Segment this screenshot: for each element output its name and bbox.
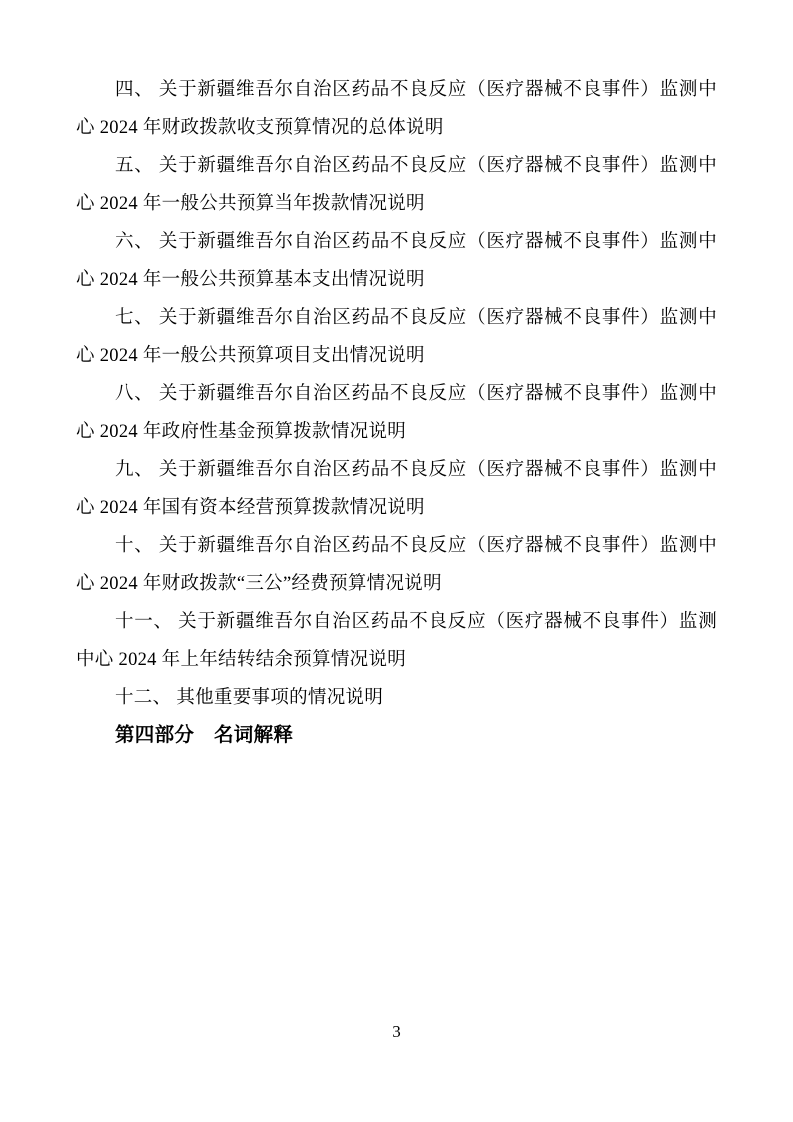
toc-item-5: 五、 关于新疆维吾尔自治区药品不良反应（医疗器械不良事件）监测中心 2024 年… xyxy=(76,147,717,223)
section-heading-part4: 第四部分 名词解释 xyxy=(76,717,717,755)
toc-content: 四、 关于新疆维吾尔自治区药品不良反应（医疗器械不良事件）监测中心 2024 年… xyxy=(76,71,717,755)
toc-item-10: 十、 关于新疆维吾尔自治区药品不良反应（医疗器械不良事件）监测中心 2024 年… xyxy=(76,527,717,603)
toc-item-9: 九、 关于新疆维吾尔自治区药品不良反应（医疗器械不良事件）监测中心 2024 年… xyxy=(76,451,717,527)
page-number: 3 xyxy=(0,1021,793,1043)
document-page: 四、 关于新疆维吾尔自治区药品不良反应（医疗器械不良事件）监测中心 2024 年… xyxy=(0,0,793,1122)
toc-item-6: 六、 关于新疆维吾尔自治区药品不良反应（医疗器械不良事件）监测中心 2024 年… xyxy=(76,223,717,299)
toc-item-8: 八、 关于新疆维吾尔自治区药品不良反应（医疗器械不良事件）监测中心 2024 年… xyxy=(76,375,717,451)
toc-item-12: 十二、 其他重要事项的情况说明 xyxy=(76,679,717,717)
toc-item-4: 四、 关于新疆维吾尔自治区药品不良反应（医疗器械不良事件）监测中心 2024 年… xyxy=(76,71,717,147)
toc-item-7: 七、 关于新疆维吾尔自治区药品不良反应（医疗器械不良事件）监测中心 2024 年… xyxy=(76,299,717,375)
toc-item-11: 十一、 关于新疆维吾尔自治区药品不良反应（医疗器械不良事件）监测中心 2024 … xyxy=(76,603,717,679)
